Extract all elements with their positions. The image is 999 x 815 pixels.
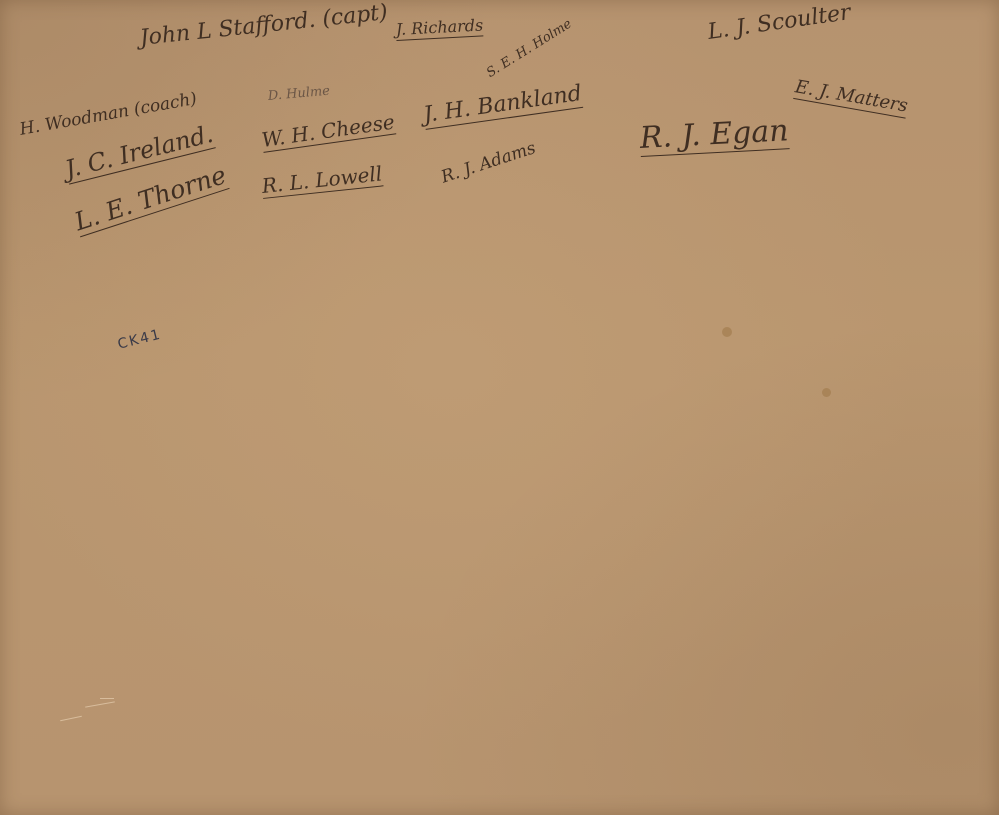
signature-adams: R. J. Adams [439,140,538,186]
surface-scuff [100,698,114,699]
signature-egan: R. J. Egan [639,116,789,157]
signature-lowell: R. L. Lowell [261,163,384,199]
signature-holme: S. E. H. Holme [485,17,574,80]
signature-matters: E. J. Matters [793,78,909,118]
signature-hulme: D. Hulme [267,85,330,103]
signature-scoulter: L. J. Scoulter [706,2,852,44]
signature-bankland: J. H. Bankland [422,83,583,130]
surface-scuff [60,716,82,722]
signature-stafford-captain: John L Stafford. (capt) [139,2,389,50]
signed-card: John L Stafford. (capt) J. Richards L. J… [0,0,999,815]
card-edge-shadow [0,0,999,815]
stain-spot [822,388,831,397]
signature-richards: J. Richards [396,17,484,41]
surface-scuff [85,701,115,707]
stain-spot [722,327,732,337]
signature-cheese: W. H. Cheese [260,111,396,152]
catalog-annotation: CK41 [116,327,163,351]
